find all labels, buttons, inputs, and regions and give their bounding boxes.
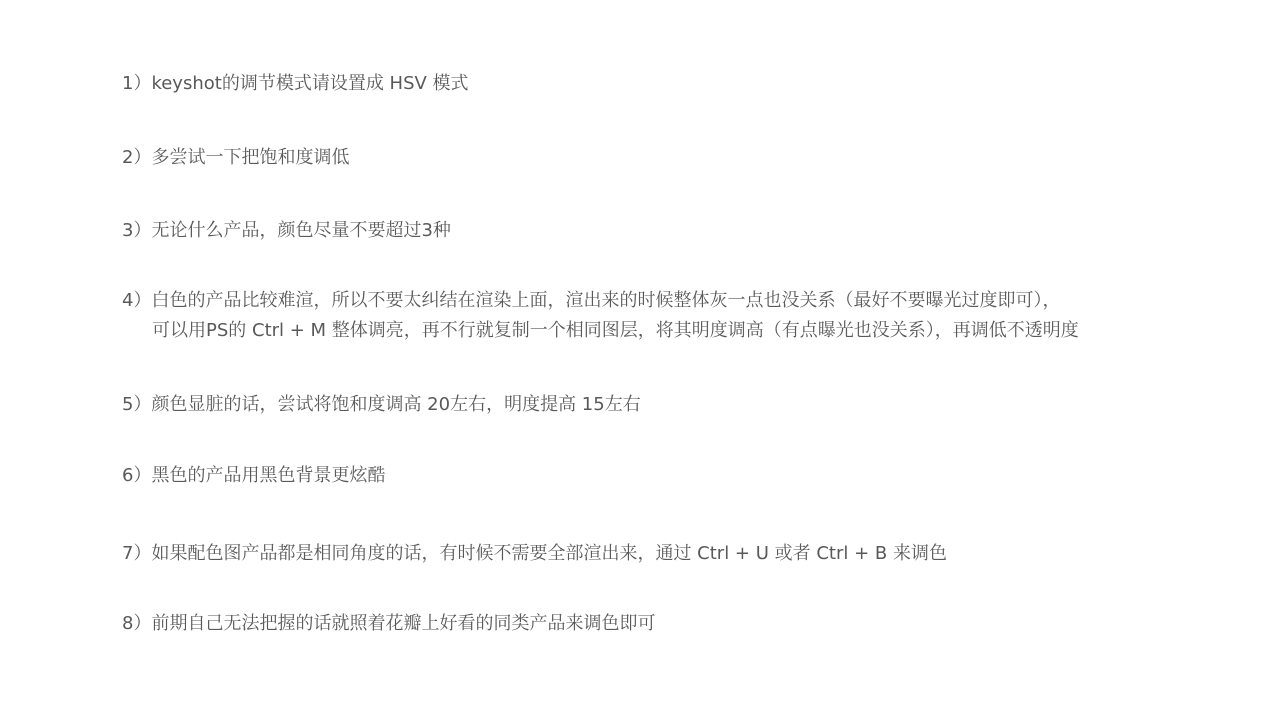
tip-text: 多尝试一下把饱和度调低: [151, 147, 349, 168]
tip-text: keyshot的调节模式请设置成 HSV 模式: [151, 73, 468, 94]
tip-item-6: 6）黑色的产品用黑色背景更炫酷: [122, 461, 385, 491]
tip-text-line-1: 白色的产品比较难渲，所以不要太纠结在渲染上面，渲出来的时候整体灰一点也没关系（最…: [151, 290, 1060, 311]
tip-item-4: 4）白色的产品比较难渲，所以不要太纠结在渲染上面，渲出来的时候整体灰一点也没关系…: [122, 286, 1079, 346]
tip-text-line-2: 可以用PS的 Ctrl + M 整体调亮，再不行就复制一个相同图层，将其明度调高…: [122, 316, 1079, 346]
tip-item-7: 7）如果配色图产品都是相同角度的话，有时候不需要全部渲出来，通过 Ctrl + …: [122, 539, 947, 569]
tip-item-1: 1）keyshot的调节模式请设置成 HSV 模式: [122, 69, 469, 99]
tip-number: 5）: [122, 390, 151, 420]
tip-item-8: 8）前期自己无法把握的话就照着花瓣上好看的同类产品来调色即可: [122, 609, 655, 639]
tip-text: 前期自己无法把握的话就照着花瓣上好看的同类产品来调色即可: [151, 613, 655, 634]
tip-text: 无论什么产品，颜色尽量不要超过3种: [151, 220, 450, 241]
tip-number: 6）: [122, 461, 151, 491]
tip-number: 1）: [122, 69, 151, 99]
tip-item-3: 3）无论什么产品，颜色尽量不要超过3种: [122, 216, 451, 246]
tip-number: 4）: [122, 286, 151, 316]
tip-text: 黑色的产品用黑色背景更炫酷: [151, 465, 385, 486]
tip-item-5: 5）颜色显脏的话，尝试将饱和度调高 20左右，明度提高 15左右: [122, 390, 641, 420]
tip-number: 8）: [122, 609, 151, 639]
tip-text: 颜色显脏的话，尝试将饱和度调高 20左右，明度提高 15左右: [151, 394, 640, 415]
tip-text: 如果配色图产品都是相同角度的话，有时候不需要全部渲出来，通过 Ctrl + U …: [151, 543, 947, 564]
tip-item-2: 2）多尝试一下把饱和度调低: [122, 143, 349, 173]
tip-number: 2）: [122, 143, 151, 173]
tip-number: 7）: [122, 539, 151, 569]
tip-number: 3）: [122, 216, 151, 246]
